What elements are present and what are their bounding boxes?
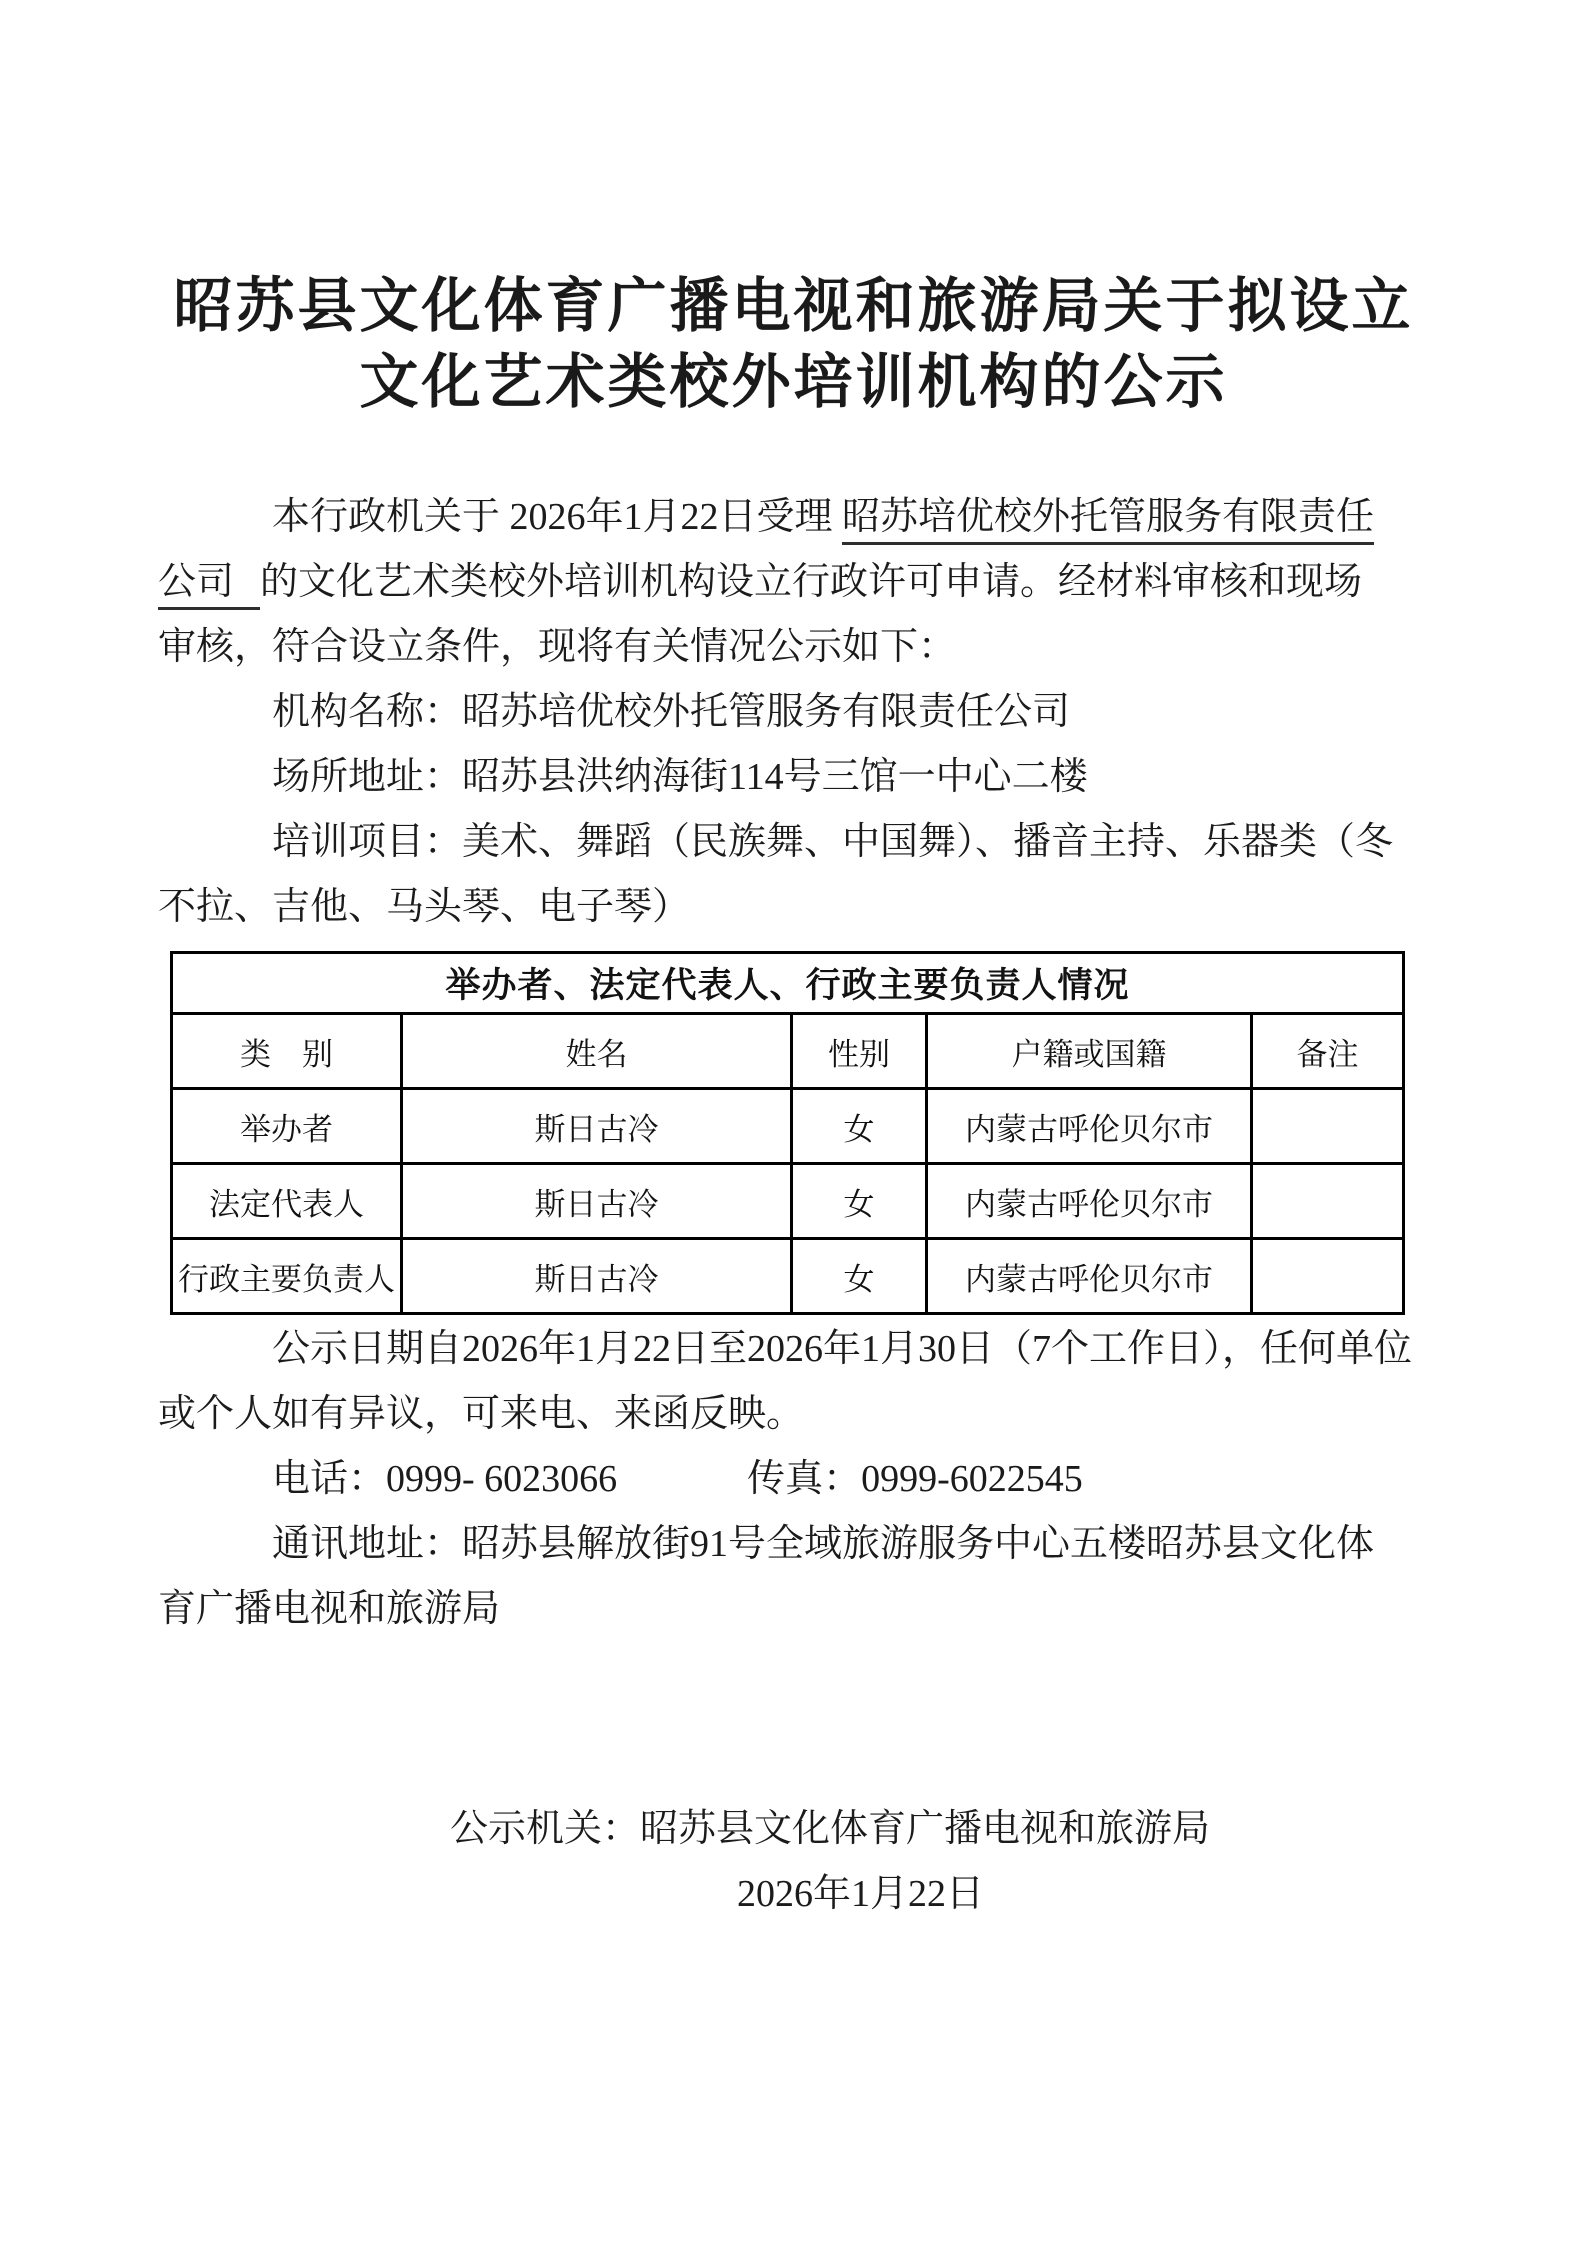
intro-line-1-text: 本行政机关于 2026年1月22日受理 [272, 496, 842, 538]
intro-line-3: 审核，符合设立条件，现将有关情况公示如下： [158, 615, 1468, 680]
publicity-period-line-1: 公示日期自2026年1月22日至2026年1月30日（7个工作日），任何单位 [158, 1317, 1468, 1382]
contact-address-line-1: 通讯地址：昭苏县解放街91号全域旅游服务中心五楼昭苏县文化体 [158, 1512, 1468, 1577]
cell-gender: 女 [792, 1239, 927, 1314]
cell-category: 法定代表人 [172, 1164, 402, 1239]
intro-line-1: 本行政机关于 2026年1月22日受理 昭苏培优校外托管服务有限责任 [158, 485, 1468, 550]
cell-category: 举办者 [172, 1089, 402, 1164]
issue-date: 2026年1月22日 [737, 1862, 984, 1927]
cell-remark [1252, 1164, 1404, 1239]
cell-name: 斯日古冷 [402, 1089, 792, 1164]
phone-number: 电话：0999- 6023066 [272, 1458, 617, 1500]
cell-gender: 女 [792, 1164, 927, 1239]
cell-residence: 内蒙古呼伦贝尔市 [927, 1164, 1252, 1239]
cell-gender: 女 [792, 1089, 927, 1164]
applicant-name-underline: 昭苏培优校外托管服务有限责任 [842, 496, 1374, 545]
notice-paragraphs: 公示日期自2026年1月22日至2026年1月30日（7个工作日），任何单位 或… [158, 1317, 1468, 1642]
fax-number: 传真：0999-6022545 [747, 1458, 1083, 1500]
cell-remark [1252, 1089, 1404, 1164]
table-row: 行政主要负责人 斯日古冷 女 内蒙古呼伦贝尔市 [172, 1239, 1404, 1314]
address-line: 场所地址：昭苏县洪纳海街114号三馆一中心二楼 [158, 745, 1468, 810]
header-gender: 性别 [792, 1014, 927, 1089]
intro-line-2-text: 的文化艺术类校外培训机构设立行政许可申请。经材料审核和现场 [260, 561, 1362, 603]
page-title-line-1: 昭苏县文化体育广播电视和旅游局关于拟设立 [0, 268, 1587, 344]
cell-residence: 内蒙古呼伦贝尔市 [927, 1089, 1252, 1164]
cell-residence: 内蒙古呼伦贝尔市 [927, 1239, 1252, 1314]
table-row: 法定代表人 斯日古冷 女 内蒙古呼伦贝尔市 [172, 1164, 1404, 1239]
training-items-line-2: 不拉、吉他、马头琴、电子琴） [158, 875, 1468, 940]
contact-address-line-2: 育广播电视和旅游局 [158, 1577, 1468, 1642]
publicity-period-line-2: 或个人如有异议，可来电、来函反映。 [158, 1382, 1468, 1447]
header-category: 类 别 [172, 1014, 402, 1089]
header-residence: 户籍或国籍 [927, 1014, 1252, 1089]
training-items-line-1: 培训项目：美术、舞蹈（民族舞、中国舞）、播音主持、乐器类（冬 [158, 810, 1468, 875]
intro-paragraphs: 本行政机关于 2026年1月22日受理 昭苏培优校外托管服务有限责任 公司的文化… [158, 485, 1468, 940]
intro-line-2: 公司的文化艺术类校外培训机构设立行政许可申请。经材料审核和现场 [158, 550, 1468, 615]
document-page: 昭苏县文化体育广播电视和旅游局关于拟设立 文化艺术类校外培训机构的公示 本行政机… [0, 0, 1587, 2245]
issuing-authority: 公示机关：昭苏县文化体育广播电视和旅游局 [450, 1797, 1210, 1862]
applicant-name-underline-cont: 公司 [158, 561, 260, 610]
table-title: 举办者、法定代表人、行政主要负责人情况 [172, 953, 1404, 1014]
table-header-row: 类 别 姓名 性别 户籍或国籍 备注 [172, 1014, 1404, 1089]
cell-name: 斯日古冷 [402, 1164, 792, 1239]
org-name-line: 机构名称：昭苏培优校外托管服务有限责任公司 [158, 680, 1468, 745]
page-title-line-2: 文化艺术类校外培训机构的公示 [0, 344, 1587, 420]
page-title: 昭苏县文化体育广播电视和旅游局关于拟设立 文化艺术类校外培训机构的公示 [0, 268, 1587, 420]
header-name: 姓名 [402, 1014, 792, 1089]
header-remark: 备注 [1252, 1014, 1404, 1089]
table-title-row: 举办者、法定代表人、行政主要负责人情况 [172, 953, 1404, 1014]
cell-remark [1252, 1239, 1404, 1314]
cell-category: 行政主要负责人 [172, 1239, 402, 1314]
table-row: 举办者 斯日古冷 女 内蒙古呼伦贝尔市 [172, 1089, 1404, 1164]
responsible-persons-table: 举办者、法定代表人、行政主要负责人情况 类 别 姓名 性别 户籍或国籍 备注 举… [170, 951, 1405, 1315]
cell-name: 斯日古冷 [402, 1239, 792, 1314]
phone-fax-line: 电话：0999- 6023066传真：0999-6022545 [158, 1447, 1468, 1512]
